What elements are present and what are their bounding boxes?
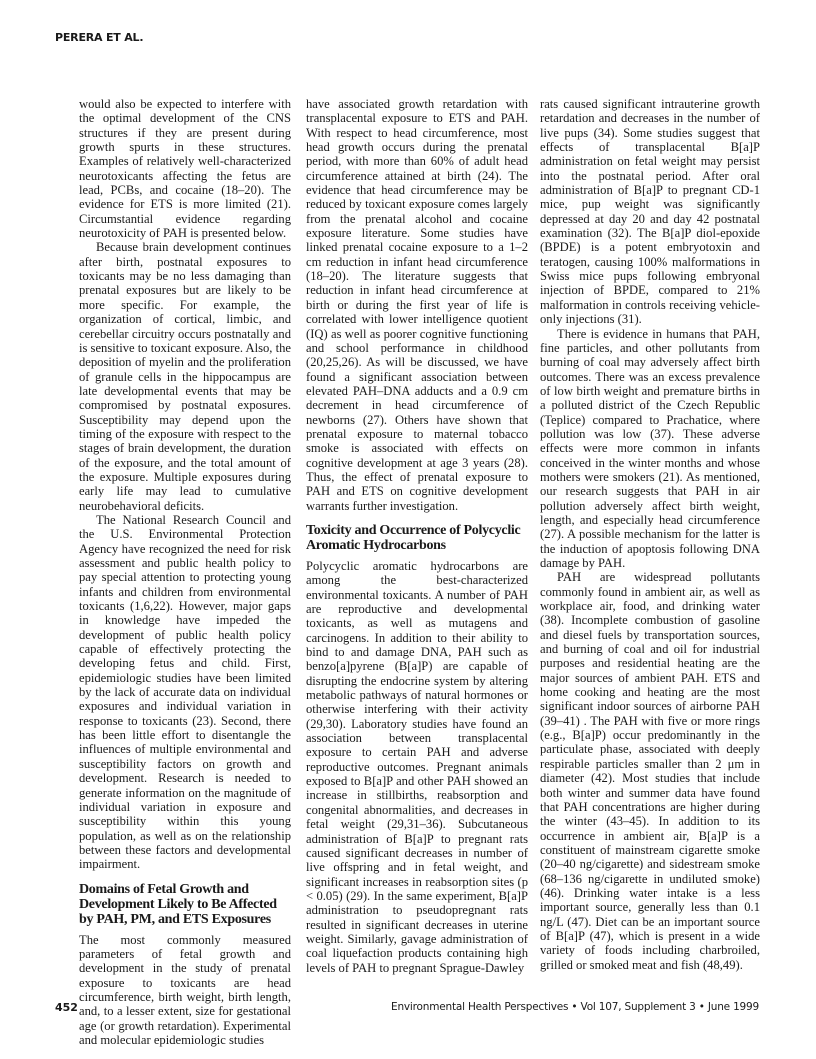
column-right: rats caused significant intrauterine gro… <box>540 97 760 972</box>
paragraph: The most commonly measured parameters of… <box>79 933 291 1048</box>
page-number: 452 <box>55 1001 78 1014</box>
paragraph: Because brain development continues afte… <box>79 240 291 513</box>
paragraph: rats caused significant intrauterine gro… <box>540 97 760 327</box>
paragraph: would also be expected to interfere with… <box>79 97 291 240</box>
column-left: would also be expected to interfere with… <box>79 97 291 1047</box>
journal-citation: Environmental Health Perspectives • Vol … <box>391 1001 759 1013</box>
section-heading: Domains of Fetal Growth and Development … <box>79 882 291 927</box>
column-middle: have associated growth retardation with … <box>306 97 528 975</box>
paragraph: PAH are widespread pollutants commonly f… <box>540 570 760 972</box>
paragraph: Polycyclic aromatic hydrocarbons are amo… <box>306 559 528 975</box>
section-heading: Toxicity and Occurrence of Polycyclic Ar… <box>306 523 528 553</box>
paragraph: The National Research Council and the U.… <box>79 513 291 872</box>
paragraph: have associated growth retardation with … <box>306 97 528 513</box>
running-head: PERERA ET AL. <box>55 31 143 44</box>
paragraph: There is evidence in humans that PAH, fi… <box>540 327 760 571</box>
